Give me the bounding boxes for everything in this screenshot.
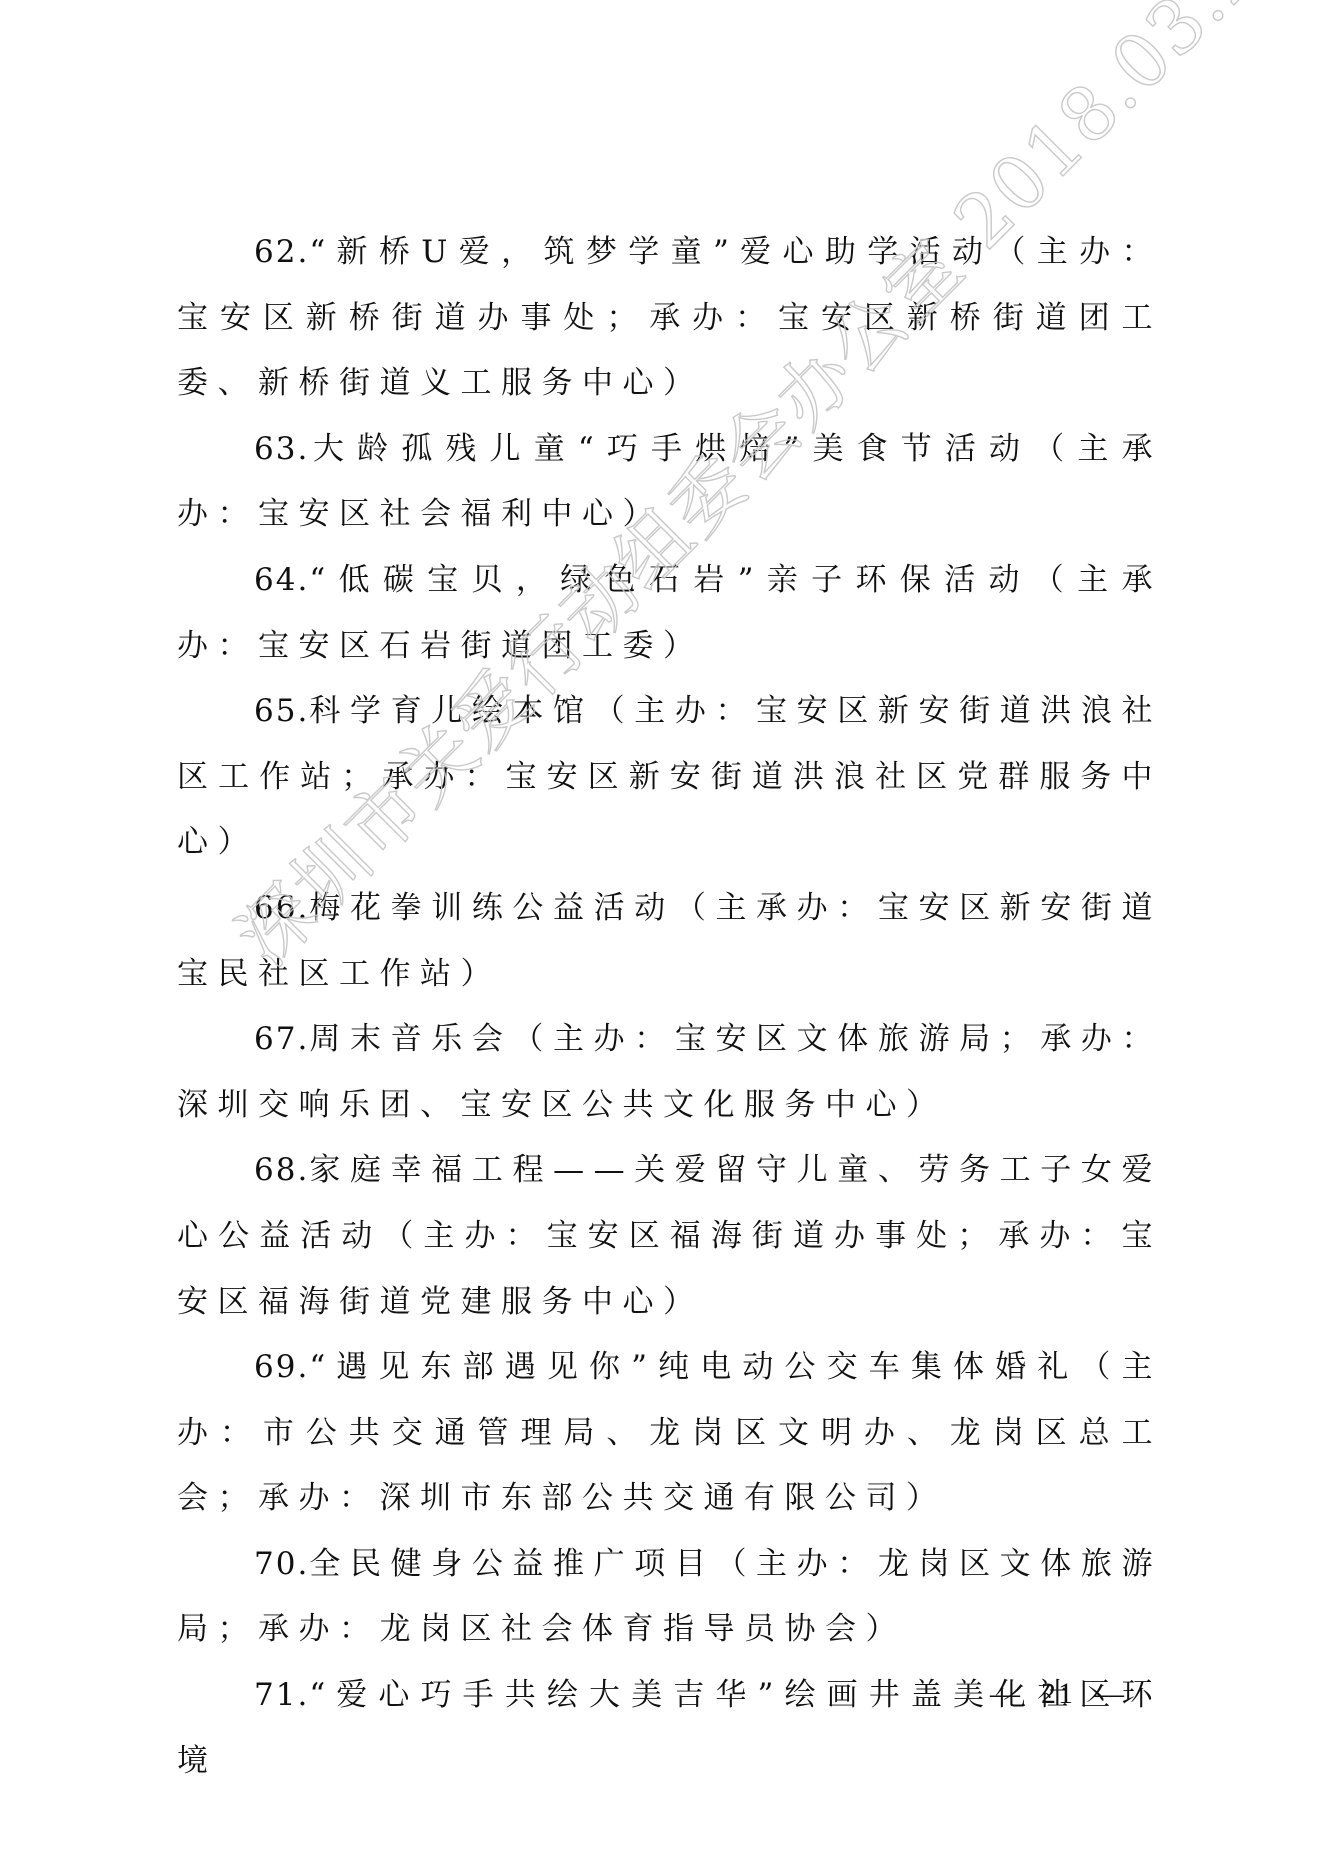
watermark: 深圳市关爱行动组委会办公室 2018.03.28 bbox=[210, 33, 1162, 985]
watermark-layer: 深圳市关爱行动组委会办公室 2018.03.28 bbox=[0, 0, 1323, 1871]
document-page: 62.“新桥U爱，筑梦学童”爱心助学活动（主办：宝安区新桥街道办事处；承办：宝安… bbox=[0, 0, 1323, 1871]
